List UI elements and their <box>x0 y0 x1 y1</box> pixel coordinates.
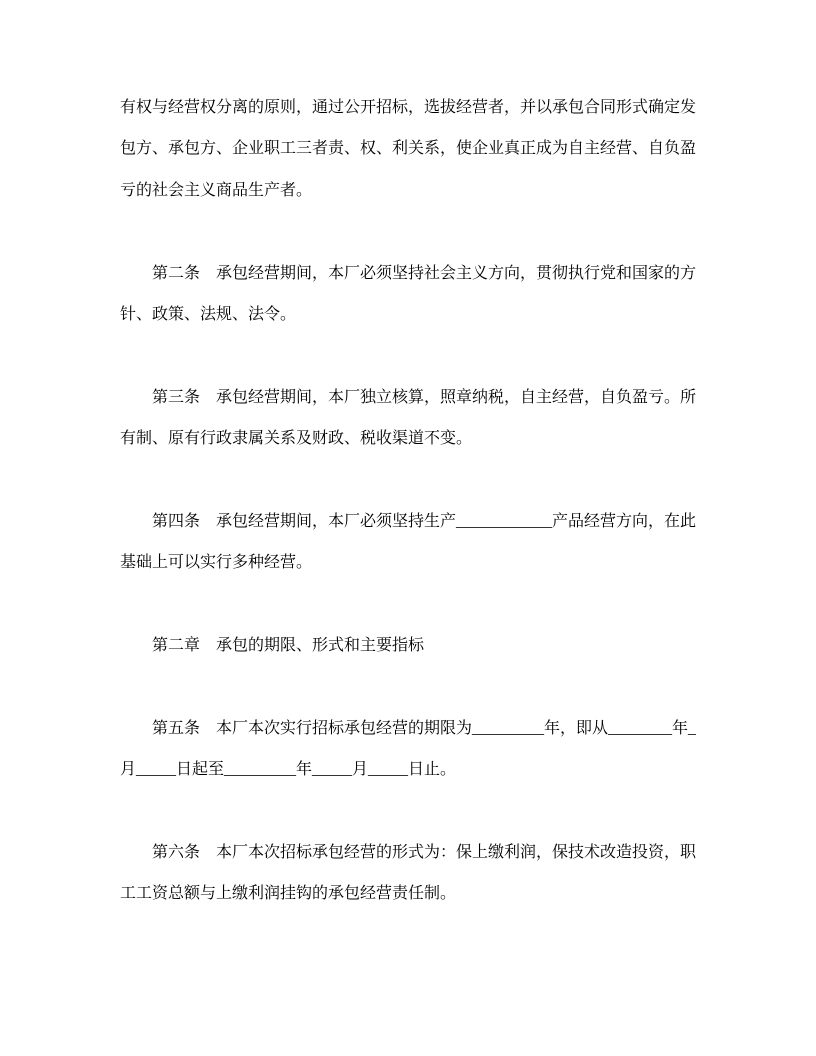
document-line: 第二条 承包经营期间，本厂必须坚持社会主义方向，贯彻执行党和国家的方 <box>120 253 696 294</box>
document-line: 第二章 承包的期限、形式和主要指标 <box>120 625 696 666</box>
paragraph-clause: 第四条 承包经营期间，本厂必须坚持生产____________产品经营方向，在此… <box>120 501 696 584</box>
document-line: 第六条 本厂本次招标承包经营的形式为：保上缴利润，保技术改造投资，职 <box>120 832 696 873</box>
paragraph-clause: 第六条 本厂本次招标承包经营的形式为：保上缴利润，保技术改造投资，职工工资总额与… <box>120 832 696 915</box>
document-line: 第四条 承包经营期间，本厂必须坚持生产____________产品经营方向，在此 <box>120 501 696 542</box>
document-line: 月_____日起至_________年_____月_____日止。 <box>120 749 696 790</box>
document-line: 第五条 本厂本次实行招标承包经营的期限为_________年，即从_______… <box>120 708 696 749</box>
document-line: 包方、承包方、企业职工三者责、权、利关系，使企业真正成为自主经营、自负盈 <box>120 128 696 169</box>
document-line: 第三条 承包经营期间，本厂独立核算，照章纳税，自主经营，自负盈亏。所 <box>120 377 696 418</box>
document-line: 有权与经营权分离的原则，通过公开招标，选拔经营者，并以承包合同形式确定发 <box>120 87 696 128</box>
document-line: 有制、原有行政隶属关系及财政、税收渠道不变。 <box>120 418 696 459</box>
document-line: 亏的社会主义商品生产者。 <box>120 170 696 211</box>
document-body: 有权与经营权分离的原则，通过公开招标，选拔经营者，并以承包合同形式确定发包方、承… <box>120 87 696 915</box>
paragraph-clause: 第三条 承包经营期间，本厂独立核算，照章纳税，自主经营，自负盈亏。所有制、原有行… <box>120 377 696 460</box>
paragraph-clause: 第五条 本厂本次实行招标承包经营的期限为_________年，即从_______… <box>120 708 696 791</box>
document-line: 工工资总额与上缴利润挂钩的承包经营责任制。 <box>120 873 696 914</box>
document-line: 基础上可以实行多种经营。 <box>120 542 696 583</box>
paragraph-body-continuation: 有权与经营权分离的原则，通过公开招标，选拔经营者，并以承包合同形式确定发包方、承… <box>120 87 696 211</box>
document-page: 有权与经营权分离的原则，通过公开招标，选拔经营者，并以承包合同形式确定发包方、承… <box>0 0 816 1056</box>
paragraph-clause: 第二条 承包经营期间，本厂必须坚持社会主义方向，贯彻执行党和国家的方针、政策、法… <box>120 253 696 336</box>
paragraph-chapter-heading: 第二章 承包的期限、形式和主要指标 <box>120 625 696 666</box>
document-line: 针、政策、法规、法令。 <box>120 294 696 335</box>
